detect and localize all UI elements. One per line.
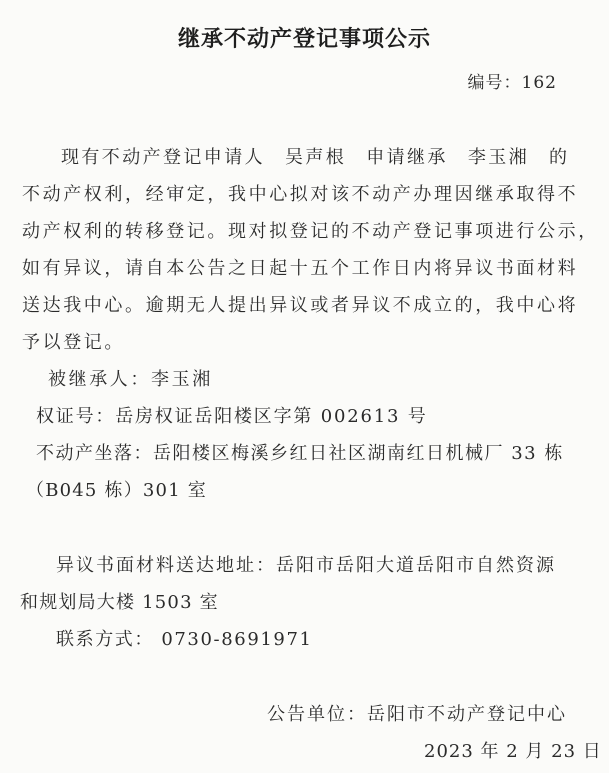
apply-inherit-text: 申请继承 [366, 147, 448, 168]
paragraph-line: 送达我中心。逾期无人提出异议或者异议不成立的，我中心将 [22, 291, 578, 317]
document-title: 继承不动产登记事项公示 [0, 22, 609, 53]
location-field: 不动产坐落：岳阳楼区梅溪乡红日社区湖南红日机械厂 33 栋 [36, 439, 564, 465]
certificate-field: 权证号：岳房权证岳阳楼区字第 002613 号 [36, 402, 428, 428]
objection-address-field: 异议书面材料送达地址：岳阳市岳阳大道岳阳市自然资源 [56, 551, 556, 577]
location-field-continued: （B045 栋）301 室 [26, 476, 207, 502]
de-text: 的 [549, 147, 569, 168]
contact-field: 联系方式： 0730-8691971 [56, 625, 313, 651]
notice-page: 继承不动产登记事项公示 编号：162 现有不动产登记申请人吴声根申请继承李玉湘的… [0, 0, 609, 773]
paragraph-line: 予以登记。 [22, 328, 125, 354]
paragraph-line: 动产权利的转移登记。现对拟登记的不动产登记事项进行公示， [22, 217, 599, 243]
paragraph-line: 不动产权利，经审定，我中心拟对该不动产办理因继承取得不 [22, 180, 578, 206]
objection-address-continued: 和规划局大楼 1503 室 [20, 588, 219, 614]
paragraph-line: 如有异议，请自本公告之日起十五个工作日内将异议书面材料 [22, 254, 578, 280]
issuer: 公告单位：岳阳市不动产登记中心 [267, 700, 567, 726]
issue-date: 2023 年 2 月 23 日 [424, 737, 602, 763]
decedent-field: 被继承人：李玉湘 [48, 365, 213, 391]
applicant-line: 现有不动产登记申请人吴声根申请继承李玉湘的 [61, 143, 569, 169]
decedent-name: 李玉湘 [468, 147, 529, 168]
applicant-name: 吴声根 [285, 147, 346, 168]
serial-number: 编号：162 [468, 68, 557, 93]
intro-text: 现有不动产登记申请人 [61, 147, 265, 168]
